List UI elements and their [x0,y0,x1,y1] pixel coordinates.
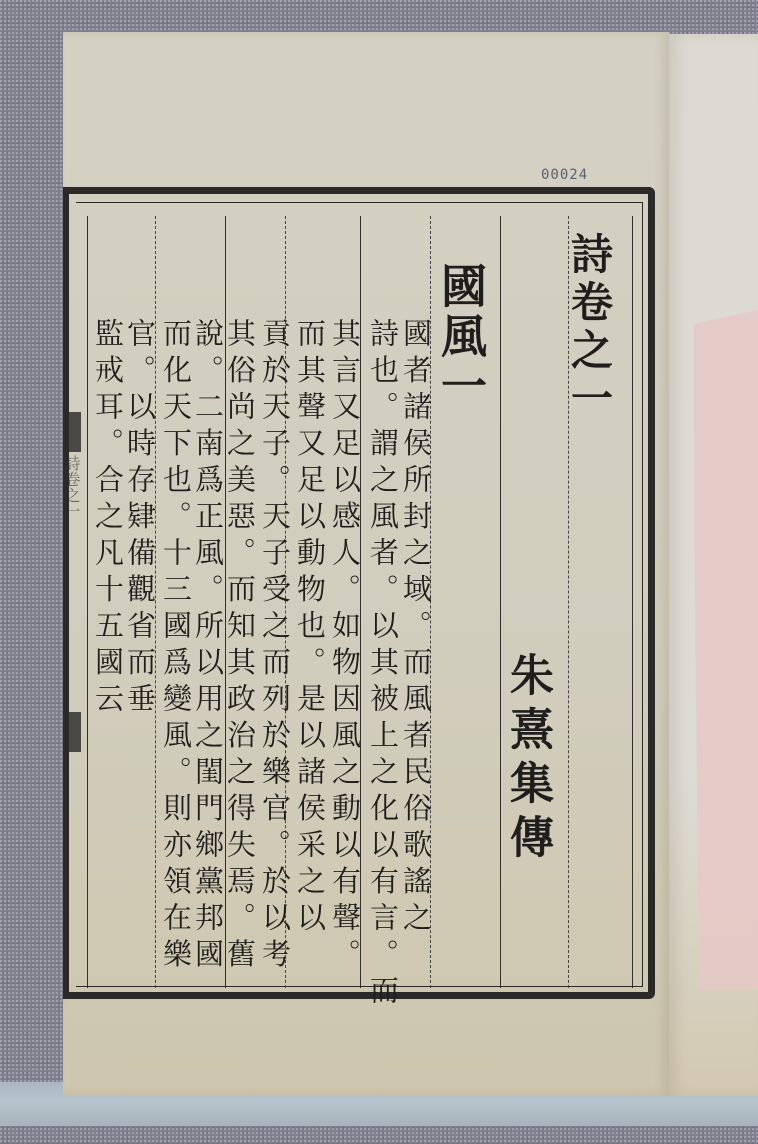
text-column: 其言又足以感人。如物因風之動以有聲。 [325,318,359,975]
author-credit: 朱熹集傳 [505,652,549,868]
text-column: 其俗尚之美惡。而知其政治之得失焉。舊 [220,318,254,975]
pink-interleaf [694,310,758,990]
volume-title: 詩卷之一 [568,232,610,424]
text-column: 官。以時存肄備觀省而垂 [120,318,154,720]
text-column: 而其聲又足以動物也。是以諸侯采之以 [290,318,324,939]
text-column: 貢於天子。天子受之而列於樂官。於以考 [255,318,289,975]
text-column: 而化天下也。十三國爲變風。則亦領在樂 [156,318,190,975]
column-rule [632,216,633,988]
section-heading: 國風一 [438,262,484,412]
text-column: 詩也。謂之風者。以其被上之化以有言。而 [363,318,397,1012]
column-rule [500,216,501,988]
text-column: 監戒耳。合之凡十五國云 [88,318,122,720]
text-column: 說。二南爲正風。所以用之閨門鄉黨邦國 [188,318,222,975]
text-column: 國者諸侯所封之域。而風者民俗歌謠之 [396,318,430,939]
page-number-stamp: 00024 [541,167,588,183]
